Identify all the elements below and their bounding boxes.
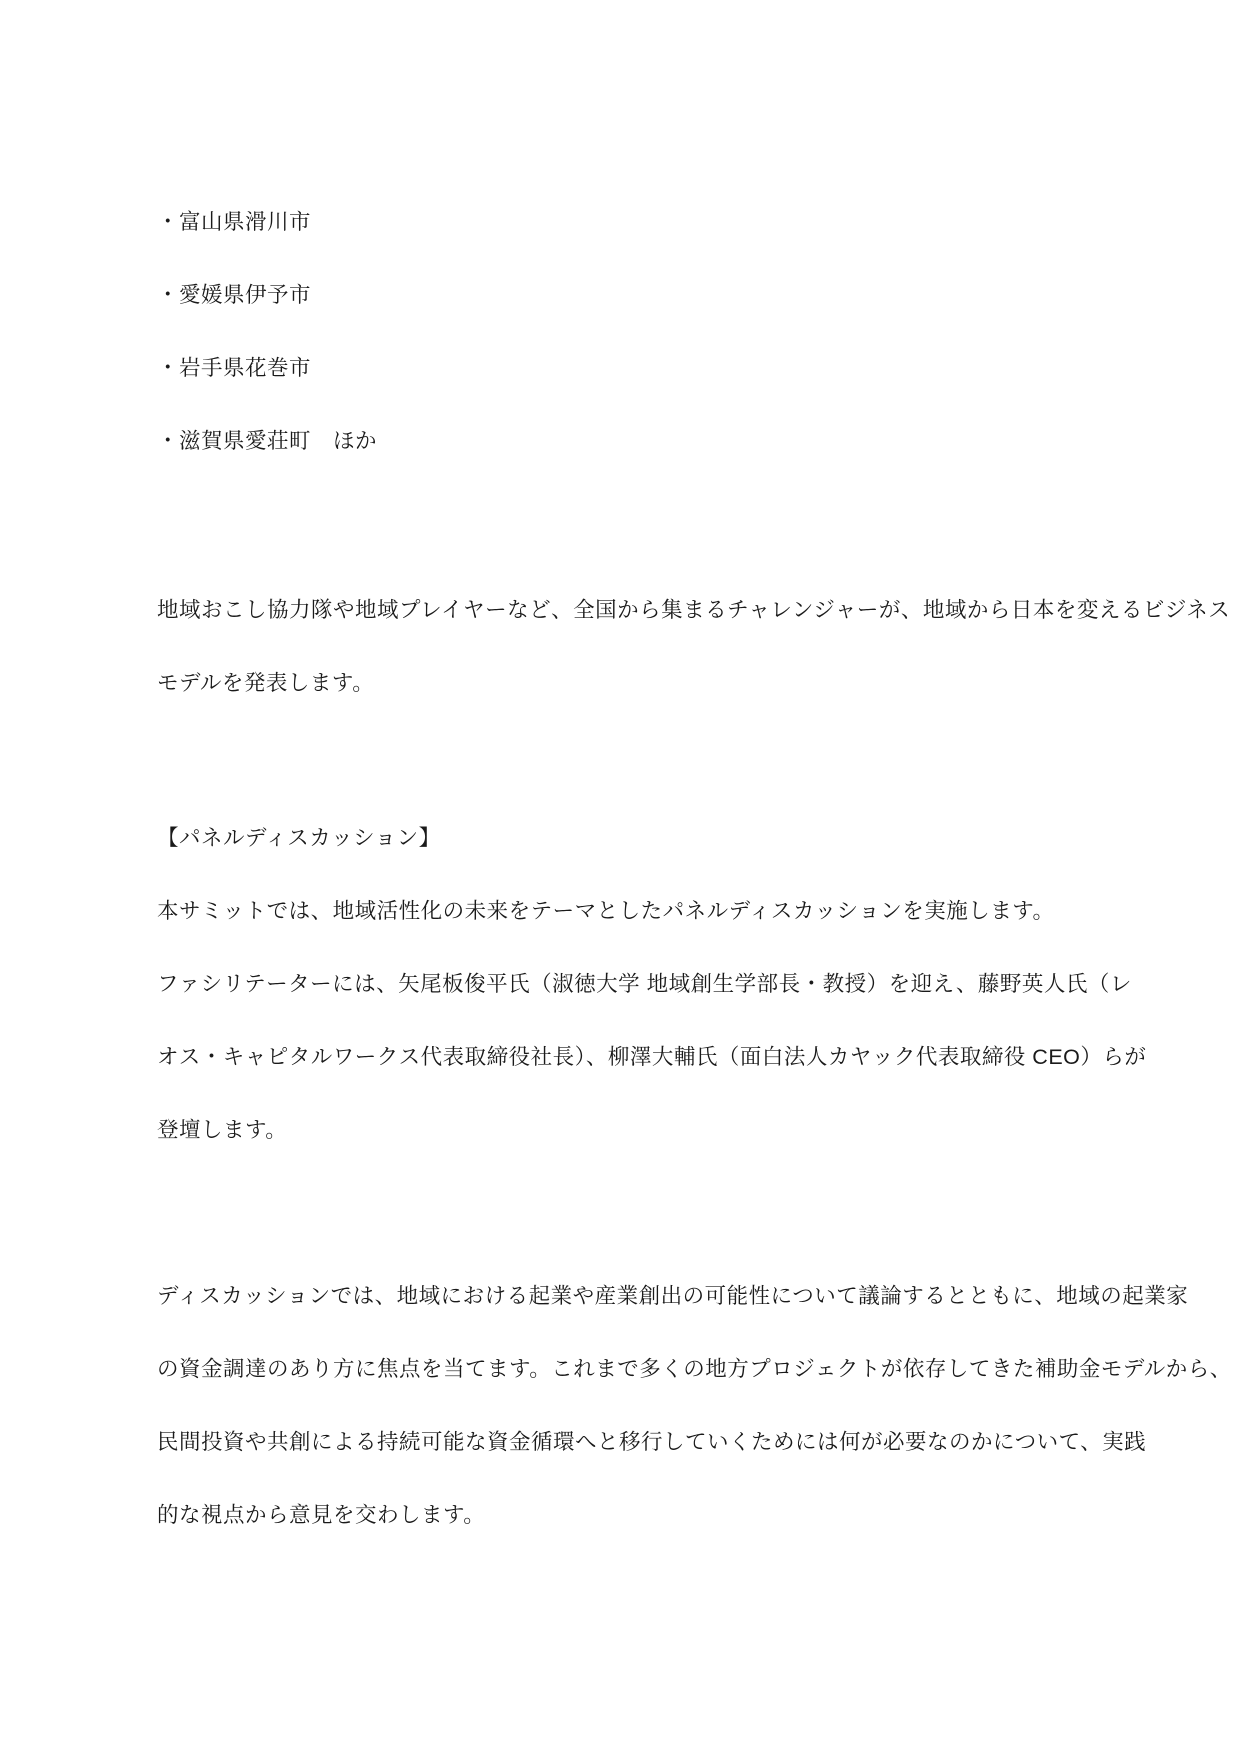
paragraph-intro: 本サミットでは、地域活性化の未来をテーマとしたパネルディスカッションを実施します…: [157, 875, 1097, 948]
paragraph-discussion-line-1: ディスカッションでは、地域における起業や産業創出の可能性について議論するとともに…: [157, 1260, 1097, 1333]
list-item-iwate: ・岩手県花巻市: [157, 332, 1097, 405]
paragraph-panelists-line-2: オス・キャピタルワークス代表取締役社長）、柳澤大輔氏（面白法人カヤック代表取締役…: [157, 1021, 1097, 1094]
document-page: ・富山県滑川市 ・愛媛県伊予市 ・岩手県花巻市 ・滋賀県愛荘町 ほか 地域おこし…: [0, 0, 1240, 1755]
document-body: ・富山県滑川市 ・愛媛県伊予市 ・岩手県花巻市 ・滋賀県愛荘町 ほか 地域おこし…: [157, 0, 1097, 1552]
paragraph-panelists-line-3: 登壇します。: [157, 1094, 1097, 1167]
paragraph-discussion-line-3: 民間投資や共創による持続可能な資金循環へと移行していくためには何が必要なのかにつ…: [157, 1406, 1097, 1479]
paragraph-discussion-line-2: の資金調達のあり方に焦点を当てます。これまで多くの地方プロジェクトが依存してきた…: [157, 1333, 1097, 1406]
blank-gap: [157, 1167, 1097, 1260]
blank-gap: [157, 478, 1097, 574]
blank-gap: [157, 720, 1097, 802]
list-item-shiga: ・滋賀県愛荘町 ほか: [157, 405, 1097, 478]
paragraph-summit-line-2: モデルを発表します。: [157, 647, 1097, 720]
paragraph-summit-line-1: 地域おこし協力隊や地域プレイヤーなど、全国から集まるチャレンジャーが、地域から日…: [157, 574, 1097, 647]
list-item-toyama: ・富山県滑川市: [157, 186, 1097, 259]
section-heading-panel-discussion: 【パネルディスカッション】: [157, 802, 1097, 875]
list-item-ehime: ・愛媛県伊予市: [157, 259, 1097, 332]
paragraph-panelists-line-1: ファシリテーターには、矢尾板俊平氏（淑徳大学 地域創生学部長・教授）を迎え、藤野…: [157, 948, 1097, 1021]
paragraph-discussion-line-4: 的な視点から意見を交わします。: [157, 1479, 1097, 1552]
